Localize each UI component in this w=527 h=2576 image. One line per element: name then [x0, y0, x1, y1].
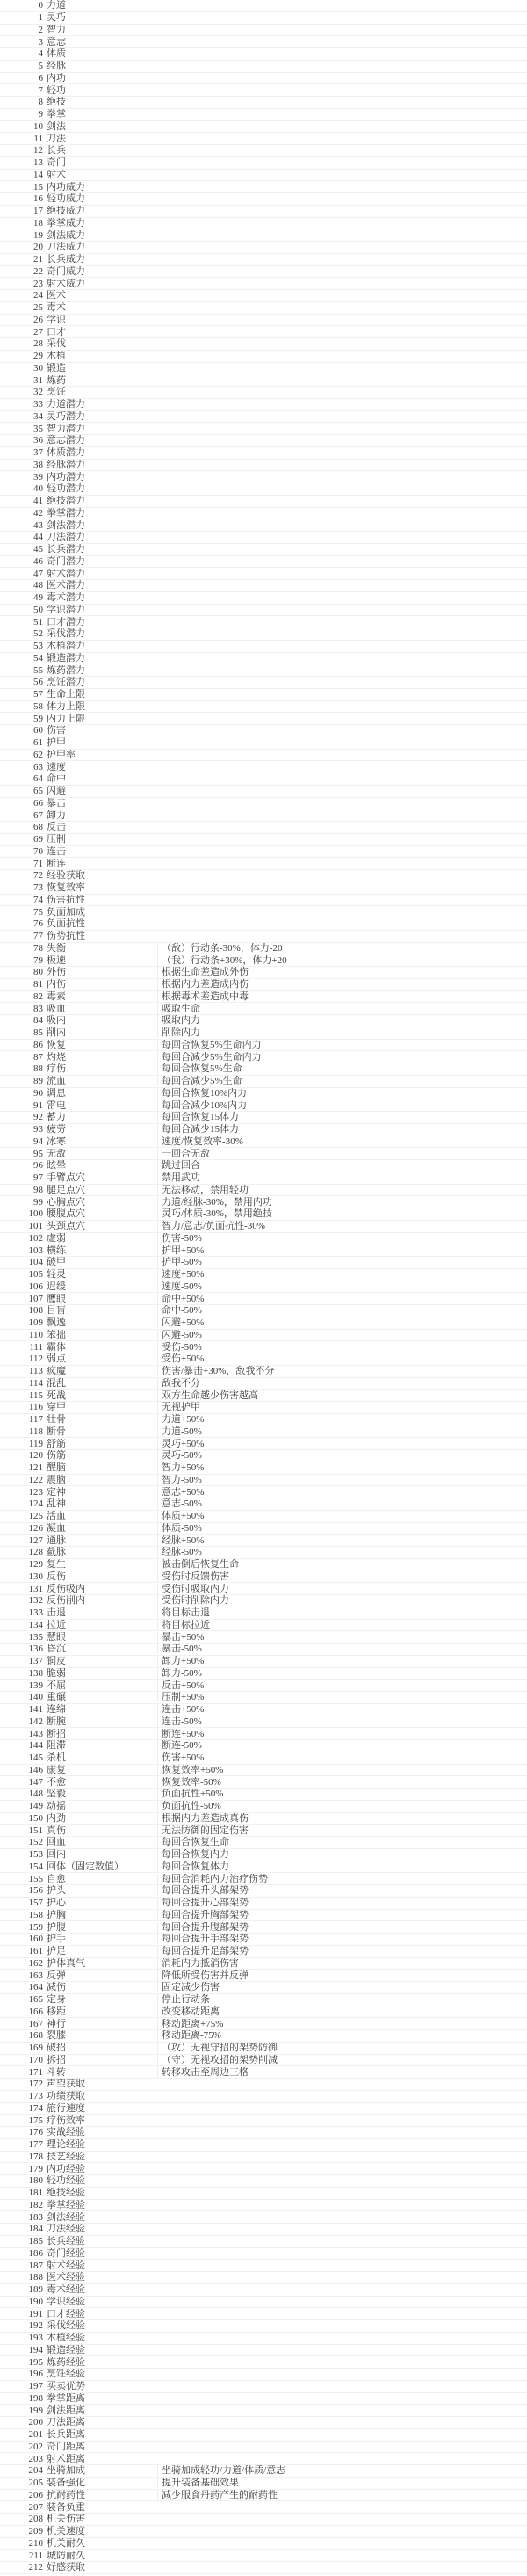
table-row: 110 笨拙 闪避-50% [0, 1330, 527, 1342]
row-index: 205 [0, 2478, 43, 2488]
row-index: 42 [0, 508, 43, 519]
table-row: 94 冰寒 速度/恢复效率-30% [0, 1136, 527, 1149]
table-row: 45 长兵潜力 [0, 544, 527, 556]
table-row: 93 疲劳 每回合减少15体力 [0, 1124, 527, 1136]
row-name: 毒术经验 [43, 2284, 157, 2295]
table-row: 186 奇门经验 [0, 2248, 527, 2260]
row-index: 78 [0, 943, 43, 954]
row-name: 刀法 [43, 134, 157, 144]
row-index: 45 [0, 544, 43, 555]
row-index: 169 [0, 2043, 43, 2053]
table-row: 71 断连 [0, 858, 527, 870]
row-description: 移动距离+75% [157, 2019, 527, 2029]
row-index: 132 [0, 1595, 43, 1606]
row-name: 轻功威力 [43, 193, 157, 204]
row-index: 186 [0, 2248, 43, 2259]
row-description: 智力/意志/负面抗性-30% [157, 1221, 527, 1231]
row-index: 101 [0, 1221, 43, 1231]
table-row: 180 轻功经验 [0, 2175, 527, 2188]
row-index: 32 [0, 387, 43, 397]
row-name: 功绩获取 [43, 2091, 157, 2101]
row-name: 体质潜力 [43, 447, 157, 458]
row-name: 昏沉 [43, 1644, 157, 1654]
row-name: 拳掌 [43, 109, 157, 120]
row-name: 灵巧 [43, 12, 157, 23]
row-name: 射术经验 [43, 2260, 157, 2271]
row-description: 吸取内力 [157, 1015, 527, 1026]
row-name: 拳掌威力 [43, 218, 157, 229]
row-description: 灵巧-50% [157, 1450, 527, 1461]
row-index: 18 [0, 218, 43, 229]
row-index: 53 [0, 641, 43, 651]
row-index: 197 [0, 2381, 43, 2391]
row-index: 84 [0, 1015, 43, 1026]
table-row: 117 壮骨 力道+50% [0, 1414, 527, 1426]
row-index: 87 [0, 1052, 43, 1063]
table-row: 2 智力 [0, 25, 527, 37]
row-index: 140 [0, 1692, 43, 1702]
row-description: 将目标拉近 [157, 1620, 527, 1630]
row-name: 刀法潜力 [43, 532, 157, 542]
row-name: 伤势抗性 [43, 931, 157, 941]
row-name: 内功经验 [43, 2164, 157, 2174]
table-row: 152 回血 每回合恢复生命 [0, 1837, 527, 1849]
row-name: 无敌 [43, 1149, 157, 1159]
table-row: 197 买卖优势 [0, 2381, 527, 2393]
row-index: 110 [0, 1330, 43, 1340]
row-name: 医术 [43, 290, 157, 301]
row-description: 速度-50% [157, 1281, 527, 1292]
table-row: 42 拳掌潜力 [0, 508, 527, 520]
row-index: 69 [0, 834, 43, 845]
row-description: 每回合恢复15体力 [157, 1112, 527, 1122]
table-row: 182 拳掌经验 [0, 2200, 527, 2212]
row-name: 断骨 [43, 1426, 157, 1437]
row-index: 86 [0, 1040, 43, 1050]
row-description: 吸取生命 [157, 1004, 527, 1014]
table-row: 79 极速 （我）行动条+30%，体力+20 [0, 954, 527, 967]
row-name: 意志 [43, 37, 157, 47]
row-name: 恢复 [43, 1040, 157, 1050]
row-index: 47 [0, 569, 43, 579]
row-name: 闪避 [43, 786, 157, 796]
row-index: 136 [0, 1644, 43, 1654]
row-description: 体质+50% [157, 1511, 527, 1521]
row-name: 坐骑加成 [43, 2465, 157, 2476]
table-row: 149 动摇 负面抗性-50% [0, 1801, 527, 1813]
row-index: 89 [0, 1076, 43, 1086]
row-index: 91 [0, 1100, 43, 1111]
row-index: 208 [0, 2514, 43, 2524]
row-name: 木植经验 [43, 2333, 157, 2343]
row-description: 受伤+50% [157, 1353, 527, 1364]
table-row: 25 毒术 [0, 302, 527, 315]
table-row: 55 炼药潜力 [0, 664, 527, 677]
row-name: 神行 [43, 2019, 157, 2029]
table-row: 211 城防耐久 [0, 2550, 527, 2562]
row-name: 震脑 [43, 1475, 157, 1485]
table-row: 168 裂膝 移动距离-75% [0, 2030, 527, 2043]
table-row: 30 锻造 [0, 363, 527, 375]
row-name: 烹饪潜力 [43, 677, 157, 687]
row-description: 命中+50% [157, 1294, 527, 1304]
row-name: 疲劳 [43, 1124, 157, 1135]
table-row: 26 学识 [0, 315, 527, 327]
row-index: 201 [0, 2429, 43, 2440]
row-index: 185 [0, 2236, 43, 2246]
row-name: 笨拙 [43, 1330, 157, 1340]
table-row: 44 刀法潜力 [0, 532, 527, 544]
row-name: 生命上限 [43, 689, 157, 700]
row-description: 力道/经脉-30%，禁用内功 [157, 1197, 527, 1208]
row-name: 蓄力 [43, 1112, 157, 1122]
row-name: 疯魔 [43, 1366, 157, 1376]
row-index: 41 [0, 496, 43, 506]
row-name: 虚弱 [43, 1233, 157, 1244]
table-row: 0 力道 [0, 0, 527, 12]
row-name: 内劲 [43, 1813, 157, 1824]
table-row: 157 护心 每回合提升心部架势 [0, 1898, 527, 1910]
row-name: 护心 [43, 1898, 157, 1908]
row-index: 158 [0, 1910, 43, 1920]
table-row: 143 断招 断连+50% [0, 1728, 527, 1740]
table-row: 107 鹰眼 命中+50% [0, 1293, 527, 1305]
row-description: （敌）行动条-30%，体力-20 [157, 943, 527, 954]
table-row: 170 拆招 （守）无视攻招的架势削减 [0, 2055, 527, 2067]
row-index: 153 [0, 1849, 43, 1860]
table-row: 115 死战 双方生命越少伤害越高 [0, 1390, 527, 1402]
row-name: 杀机 [43, 1752, 157, 1763]
row-description: 削除内力 [157, 1027, 527, 1038]
row-name: 眩晕 [43, 1160, 157, 1171]
row-description: 每回合恢复内力 [157, 1849, 527, 1860]
row-index: 36 [0, 435, 43, 446]
table-row: 132 反伤削内 受伤时削除内力 [0, 1595, 527, 1607]
row-name: 死战 [43, 1390, 157, 1401]
row-index: 108 [0, 1305, 43, 1316]
table-row: 119 舒筋 灵巧+50% [0, 1438, 527, 1450]
row-name: 疗伤 [43, 1063, 157, 1074]
row-index: 71 [0, 859, 43, 869]
row-index: 148 [0, 1789, 43, 1799]
table-row: 145 杀机 伤害+50% [0, 1752, 527, 1765]
row-index: 155 [0, 1874, 43, 1884]
row-index: 46 [0, 556, 43, 567]
table-row: 48 医术潜力 [0, 580, 527, 592]
row-name: 绝技经验 [43, 2188, 157, 2198]
table-row: 102 虚弱 伤害-50% [0, 1233, 527, 1245]
row-description: 意志-50% [157, 1498, 527, 1509]
row-name: 吸血 [43, 1004, 157, 1014]
row-name: 活血 [43, 1511, 157, 1521]
row-description: 根据毒术差造成中毒 [157, 991, 527, 1002]
table-row: 82 毒素 根据毒术差造成中毒 [0, 991, 527, 1004]
row-name: 回体（固定数值） [43, 1861, 157, 1872]
row-index: 1 [0, 12, 43, 23]
table-row: 158 护胸 每回合提升胸部架势 [0, 1910, 527, 1922]
row-name: 实战经验 [43, 2127, 157, 2137]
row-name: 飘逸 [43, 1317, 157, 1328]
table-row: 148 坚毅 负面抗性+50% [0, 1789, 527, 1801]
row-index: 206 [0, 2490, 43, 2500]
table-row: 54 锻造潜力 [0, 653, 527, 665]
row-name: 压制 [43, 834, 157, 845]
row-name: 灼烧 [43, 1052, 157, 1063]
row-name: 内功威力 [43, 182, 157, 192]
row-name: 断连 [43, 859, 157, 869]
row-name: 护胸 [43, 1910, 157, 1920]
row-name: 不愈 [43, 1777, 157, 1788]
table-row: 81 内伤 根据内力差造成内伤 [0, 979, 527, 991]
table-row: 188 医术经验 [0, 2272, 527, 2284]
row-index: 151 [0, 1825, 43, 1836]
table-row: 60 伤害 [0, 725, 527, 737]
row-index: 160 [0, 1934, 43, 1944]
row-name: 削内 [43, 1027, 157, 1038]
row-name: 旅行速度 [43, 2103, 157, 2114]
row-name: 不屈 [43, 1680, 157, 1691]
row-index: 114 [0, 1378, 43, 1389]
row-index: 184 [0, 2224, 43, 2234]
table-row: 73 恢复效率 [0, 882, 527, 895]
row-name: 命中 [43, 773, 157, 784]
row-description: 每回合恢复生命 [157, 1837, 527, 1847]
row-name: 伤筋 [43, 1450, 157, 1461]
table-row: 33 力道潜力 [0, 399, 527, 411]
row-description: 灵巧/体质-30%，禁用绝技 [157, 1208, 527, 1219]
table-row: 88 疗伤 每回合恢复5%生命 [0, 1063, 527, 1076]
table-row: 68 反击 [0, 822, 527, 834]
row-name: 理论经验 [43, 2139, 157, 2150]
table-row: 8 绝技 [0, 97, 527, 109]
row-description: 连击+50% [157, 1704, 527, 1715]
row-index: 20 [0, 242, 43, 252]
row-index: 62 [0, 750, 43, 760]
row-name: 毒术 [43, 302, 157, 313]
row-index: 204 [0, 2465, 43, 2476]
row-index: 175 [0, 2115, 43, 2126]
row-name: 城防耐久 [43, 2551, 157, 2561]
row-index: 73 [0, 882, 43, 893]
row-name: 长兵经验 [43, 2236, 157, 2246]
row-index: 55 [0, 665, 43, 676]
table-row: 13 奇门 [0, 157, 527, 170]
row-name: 学识 [43, 315, 157, 325]
table-row: 77 伤势抗性 [0, 931, 527, 943]
row-index: 61 [0, 737, 43, 748]
row-name: 经脉潜力 [43, 460, 157, 470]
row-description: 每回合提升胸部架势 [157, 1910, 527, 1920]
row-name: 护手 [43, 1934, 157, 1944]
row-index: 90 [0, 1088, 43, 1099]
table-row: 189 毒术经验 [0, 2284, 527, 2297]
table-row: 160 护手 每回合提升手部架势 [0, 1934, 527, 1946]
row-description: 每回合减少5%生命 [157, 1076, 527, 1086]
row-index: 58 [0, 701, 43, 712]
table-row: 64 命中 [0, 773, 527, 786]
table-row: 34 灵巧潜力 [0, 411, 527, 424]
table-row: 9 拳掌 [0, 109, 527, 121]
row-name: 轻功经验 [43, 2175, 157, 2186]
row-index: 17 [0, 206, 43, 216]
row-index: 113 [0, 1366, 43, 1376]
row-description: 每回合提升腹部架势 [157, 1922, 527, 1933]
row-description: 伤害/暴击+30%，敌我不分 [157, 1366, 527, 1376]
table-row: 80 外伤 根据生命差造成外伤 [0, 967, 527, 979]
row-name: 口才 [43, 327, 157, 337]
row-name: 凝血 [43, 1523, 157, 1534]
table-row: 104 破甲 护甲-50% [0, 1257, 527, 1269]
row-index: 39 [0, 472, 43, 483]
row-index: 180 [0, 2175, 43, 2186]
row-index: 120 [0, 1450, 43, 1461]
row-index: 167 [0, 2019, 43, 2029]
table-row: 40 轻功潜力 [0, 483, 527, 496]
row-index: 35 [0, 424, 43, 434]
row-name: 拳掌潜力 [43, 508, 157, 519]
row-name: 横练 [43, 1245, 157, 1256]
row-index: 68 [0, 822, 43, 832]
table-row: 207 装备负重 [0, 2501, 527, 2514]
row-index: 117 [0, 1414, 43, 1425]
table-row: 129 复生 被击倒后恢复生命 [0, 1559, 527, 1571]
row-index: 70 [0, 846, 43, 857]
row-index: 64 [0, 773, 43, 784]
row-name: 奇门距离 [43, 2442, 157, 2452]
row-name: 炼药经验 [43, 2357, 157, 2368]
row-name: 剑法 [43, 121, 157, 132]
row-index: 54 [0, 653, 43, 664]
table-row: 146 康复 恢复效率+50% [0, 1765, 527, 1777]
row-index: 188 [0, 2272, 43, 2282]
row-name: 木植潜力 [43, 641, 157, 651]
row-description: 每回合恢复10%内力 [157, 1088, 527, 1099]
table-row: 205 装备强化 提升装备基础效果 [0, 2478, 527, 2490]
row-description: 无法防御的固定伤害 [157, 1825, 527, 1836]
row-index: 157 [0, 1898, 43, 1908]
table-row: 10 剑法 [0, 121, 527, 134]
row-index: 30 [0, 363, 43, 374]
row-index: 34 [0, 411, 43, 422]
row-index: 57 [0, 689, 43, 700]
row-index: 109 [0, 1317, 43, 1328]
row-index: 23 [0, 279, 43, 289]
row-name: 体力上限 [43, 701, 157, 712]
row-name: 恢复效率 [43, 882, 157, 893]
row-index: 105 [0, 1269, 43, 1280]
row-description: 断连+50% [157, 1729, 527, 1739]
row-index: 122 [0, 1475, 43, 1485]
row-index: 129 [0, 1559, 43, 1570]
row-description: 改变移动距离 [157, 2006, 527, 2017]
table-row: 185 长兵经验 [0, 2236, 527, 2248]
table-row: 173 功绩获取 [0, 2091, 527, 2103]
row-name: 奇门威力 [43, 266, 157, 277]
row-name: 长兵 [43, 145, 157, 156]
table-row: 153 回内 每回合恢复内力 [0, 1849, 527, 1861]
row-name: 烹饪 [43, 387, 157, 397]
row-description: （守）无视攻招的架势削减 [157, 2055, 527, 2065]
table-row: 154 回体（固定数值） 每回合恢复体力 [0, 1861, 527, 1874]
row-index: 66 [0, 798, 43, 809]
row-name: 暴击 [43, 798, 157, 809]
table-row: 49 毒术潜力 [0, 592, 527, 605]
row-index: 163 [0, 1970, 43, 1981]
row-name: 铜皮 [43, 1656, 157, 1666]
row-name: 机关伤害 [43, 2514, 157, 2524]
table-row: 83 吸血 吸取生命 [0, 1003, 527, 1015]
row-name: 护足 [43, 1946, 157, 1956]
table-row: 27 口才 [0, 326, 527, 338]
row-index: 203 [0, 2454, 43, 2464]
table-row: 31 炼药 [0, 374, 527, 387]
row-name: 反击 [43, 822, 157, 832]
row-index: 202 [0, 2442, 43, 2452]
table-row: 199 剑法距离 [0, 2405, 527, 2417]
table-row: 47 射术潜力 [0, 568, 527, 580]
row-name: 吸内 [43, 1015, 157, 1026]
table-row: 141 连绵 连击+50% [0, 1704, 527, 1716]
row-name: 拳掌距离 [43, 2393, 157, 2404]
row-name: 抗耐药性 [43, 2490, 157, 2500]
table-row: 136 昏沉 暴击-50% [0, 1644, 527, 1656]
row-index: 38 [0, 460, 43, 470]
row-description: 无视护甲 [157, 1402, 527, 1412]
row-name: 乱神 [43, 1498, 157, 1509]
row-index: 210 [0, 2538, 43, 2549]
row-index: 145 [0, 1752, 43, 1763]
row-name: 装备强化 [43, 2478, 157, 2488]
row-description: 卸力+50% [157, 1656, 527, 1666]
row-name: 绝技威力 [43, 206, 157, 216]
row-index: 177 [0, 2139, 43, 2150]
row-index: 100 [0, 1208, 43, 1219]
row-name: 绝技 [43, 97, 157, 107]
row-name: 慧眼 [43, 1632, 157, 1643]
row-index: 199 [0, 2405, 43, 2416]
row-index: 24 [0, 290, 43, 301]
table-row: 4 体质 [0, 48, 527, 61]
row-name: 护腹 [43, 1922, 157, 1933]
row-index: 124 [0, 1498, 43, 1509]
row-index: 8 [0, 97, 43, 107]
row-index: 196 [0, 2369, 43, 2379]
row-name: 断招 [43, 1729, 157, 1739]
row-index: 181 [0, 2188, 43, 2198]
table-row: 59 内力上限 [0, 713, 527, 725]
row-index: 81 [0, 979, 43, 990]
table-row: 58 体力上限 [0, 701, 527, 714]
row-description: 跳过回合 [157, 1160, 527, 1171]
row-name: 采伐 [43, 338, 157, 349]
row-index: 115 [0, 1390, 43, 1401]
row-index: 139 [0, 1680, 43, 1691]
row-index: 182 [0, 2200, 43, 2210]
row-description: 护甲-50% [157, 1257, 527, 1267]
table-row: 17 绝技威力 [0, 206, 527, 218]
row-name: 灵巧潜力 [43, 411, 157, 422]
row-index: 88 [0, 1063, 43, 1074]
table-row: 178 技艺经验 [0, 2152, 527, 2164]
row-index: 171 [0, 2067, 43, 2078]
table-row: 20 刀法威力 [0, 242, 527, 254]
row-index: 190 [0, 2297, 43, 2307]
table-row: 184 刀法经验 [0, 2224, 527, 2236]
row-index: 178 [0, 2152, 43, 2162]
row-index: 99 [0, 1197, 43, 1208]
row-index: 21 [0, 254, 43, 265]
row-name: 脆弱 [43, 1668, 157, 1679]
